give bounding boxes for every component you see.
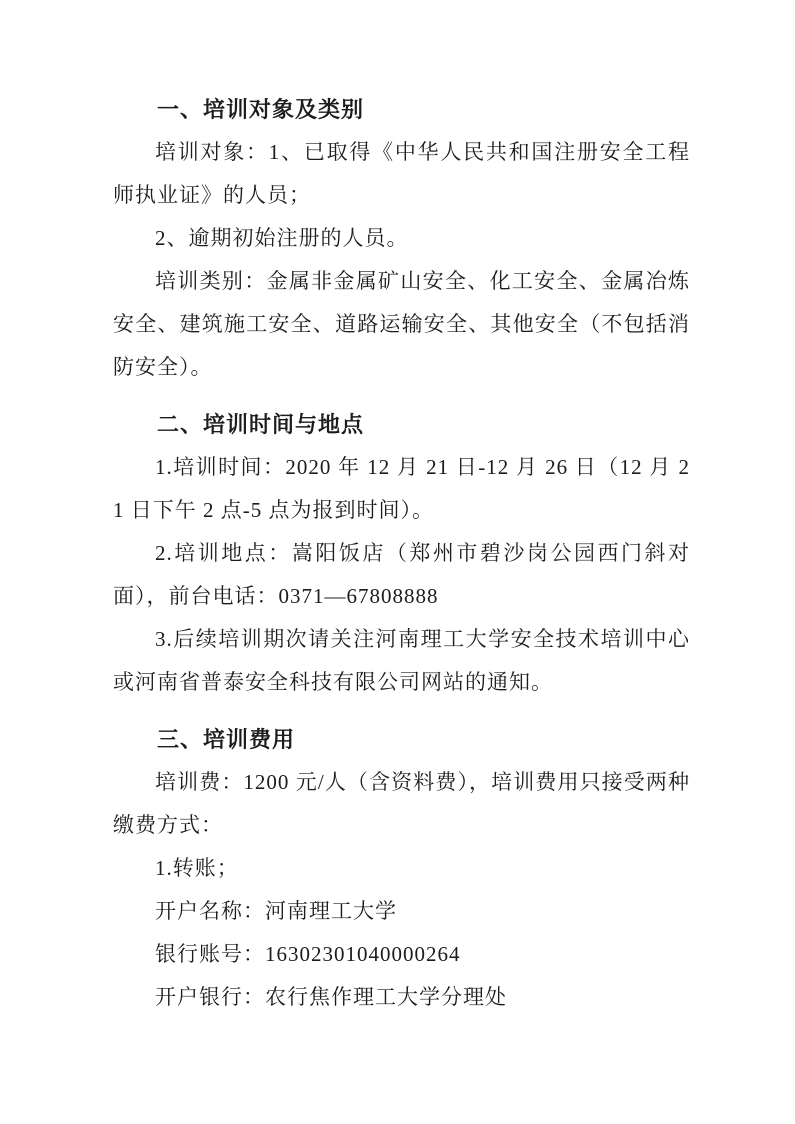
paragraph-training-targets-2: 2、逾期初始注册的人员。 — [113, 217, 690, 260]
section-heading-fees: 三、培训费用 — [113, 718, 690, 761]
paragraph-training-categories: 培训类别：金属非金属矿山安全、化工安全、金属冶炼安全、建筑施工安全、道路运输安全… — [113, 260, 690, 389]
paragraph-followup-notice: 3.后续培训期次请关注河南理工大学安全技术培训中心或河南省普泰安全科技有限公司网… — [113, 618, 690, 704]
document-body: 一、培训对象及类别 培训对象：1、已取得《中华人民共和国注册安全工程师执业证》的… — [113, 88, 690, 1019]
paragraph-account-number: 银行账号：16302301040000264 — [113, 933, 690, 976]
section-heading-training-targets: 一、培训对象及类别 — [113, 88, 690, 131]
document-page: 一、培训对象及类别 培训对象：1、已取得《中华人民共和国注册安全工程师执业证》的… — [0, 0, 795, 1124]
paragraph-training-location: 2.培训地点：嵩阳饭店（郑州市碧沙岗公园西门斜对面），前台电话：0371—678… — [113, 532, 690, 618]
paragraph-bank-name: 开户银行：农行焦作理工大学分理处 — [113, 976, 690, 1019]
paragraph-payment-method-transfer: 1.转账； — [113, 847, 690, 890]
paragraph-training-time: 1.培训时间：2020 年 12 月 21 日-12 月 26 日（12 月 2… — [113, 446, 690, 532]
paragraph-training-targets-1: 培训对象：1、已取得《中华人民共和国注册安全工程师执业证》的人员； — [113, 131, 690, 217]
section-heading-time-location: 二、培训时间与地点 — [113, 403, 690, 446]
paragraph-fee-amount: 培训费：1200 元/人（含资料费），培训费用只接受两种缴费方式： — [113, 761, 690, 847]
paragraph-account-name: 开户名称：河南理工大学 — [113, 890, 690, 933]
